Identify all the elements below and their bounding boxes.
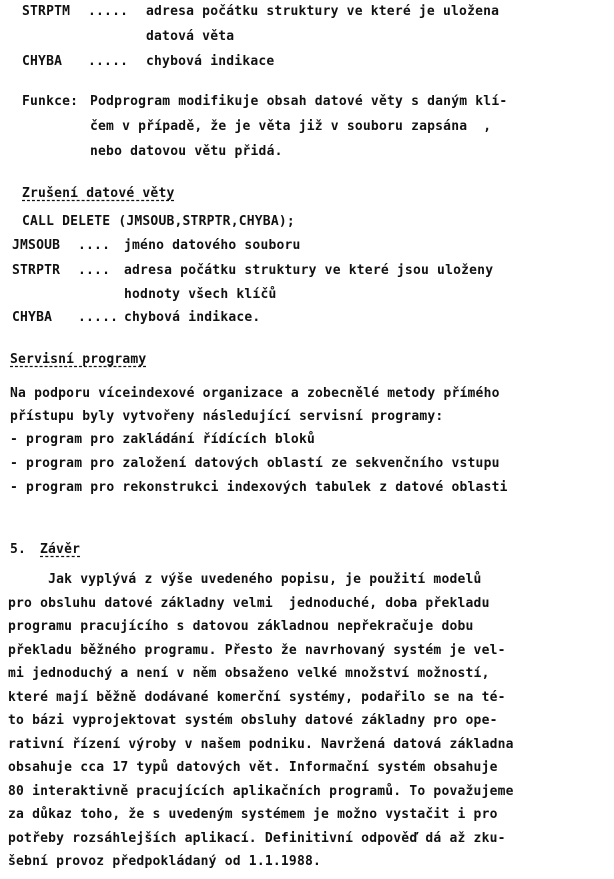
conclusion-line: za důkaz toho, že s uvedeným systémem je… xyxy=(8,807,498,822)
param-dots: ..... xyxy=(78,310,118,325)
section-heading-delete: Zrušení datové věty xyxy=(22,186,175,201)
conclusion-line: Jak vyplývá z výše uvedeného popisu, je … xyxy=(8,572,482,587)
conclusion-line: které mají běžně dodávané komerční systé… xyxy=(8,690,506,705)
funkce-line: nebo datovou větu přidá. xyxy=(90,144,283,159)
conclusion-line: překladu běžného programu. Přesto že nav… xyxy=(8,643,506,658)
conclusion-line: obsahuje cca 17 typů datových vět. Infor… xyxy=(8,760,498,775)
param-name-jmsoub: JMSOUB xyxy=(12,238,60,253)
param-name-chyba: CHYBA xyxy=(12,310,52,325)
param-dots: .... xyxy=(78,263,110,278)
param-desc-cont: datová věta xyxy=(146,29,234,44)
conclusion-line: potřeby rozsáhlejších aplikací. Definiti… xyxy=(8,831,506,846)
call-statement: CALL DELETE (JMSOUB,STRPTR,CHYBA); xyxy=(22,214,295,229)
funkce-line: Podprogram modifikuje obsah datové věty … xyxy=(90,94,507,109)
param-name-strptr: STRPTR xyxy=(12,263,60,278)
param-desc-chyba: chybová indikace xyxy=(146,54,274,69)
section-number: 5. xyxy=(10,542,26,557)
service-list-item: - program pro zakládání řídících bloků xyxy=(10,432,315,447)
param-name-strptm: STRPTM xyxy=(22,4,70,19)
funkce-line: čem v případě, že je věta již v souboru … xyxy=(90,119,491,134)
param-desc-strptr: adresa počátku struktury ve které jsou u… xyxy=(124,263,493,278)
service-intro-line: přístupu byly vytvořeny následující serv… xyxy=(10,409,443,424)
param-desc-chyba: chybová indikace. xyxy=(124,310,260,325)
conclusion-line: rativní řízení výroby v našem podniku. N… xyxy=(8,737,514,752)
param-desc-jmsoub: jméno datového souboru xyxy=(124,238,301,253)
service-list-item: - program pro založení datových oblastí … xyxy=(10,456,500,471)
conclusion-line: šební provoz předpokládaný od 1.1.1988. xyxy=(8,854,321,869)
param-dots: ..... xyxy=(88,54,128,69)
param-desc-strptm: adresa počátku struktury ve které je ulo… xyxy=(146,4,499,19)
funkce-label: Funkce: xyxy=(22,94,78,109)
conclusion-line: 80 interaktivně pracujících aplikačních … xyxy=(8,784,514,799)
section-heading-conclusion: Závěr xyxy=(40,542,80,557)
service-intro-line: Na podporu víceindexové organizace a zob… xyxy=(10,386,500,401)
service-list-item: - program pro rekonstrukci indexových ta… xyxy=(10,480,508,495)
conclusion-line: mi jednoduchý a není v něm obsaženo velk… xyxy=(8,666,490,681)
section-heading-service: Servisní programy xyxy=(10,352,146,367)
param-name-chyba: CHYBA xyxy=(22,54,62,69)
param-desc-cont: hodnoty všech klíčů xyxy=(124,287,277,302)
param-dots: .... xyxy=(78,238,110,253)
param-dots: ..... xyxy=(88,4,128,19)
conclusion-line: pro obsluhu datové základny velmi jednod… xyxy=(8,596,490,611)
conclusion-line: to bázi vyprojektovat systém obsluhy dat… xyxy=(8,713,498,728)
conclusion-line: programu pracujícího s datovou základnou… xyxy=(8,619,474,634)
